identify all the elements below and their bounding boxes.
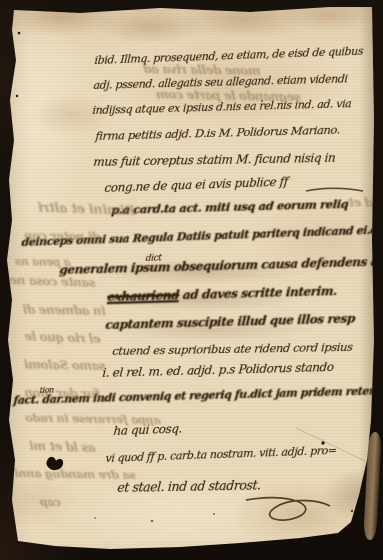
bleedthrough-line: appa ferrarese in rado xyxy=(25,411,161,427)
bleedthrough-line: el rio quo le xyxy=(24,329,101,346)
handwriting-line: et stael. ind ad stadrost. xyxy=(117,477,262,495)
bleedthrough-line: fur dar mon xyxy=(24,386,101,401)
writing-layer: ibid. Illmq. prosequend, ea etiam, de ei… xyxy=(0,0,383,560)
bleedthrough-line: mone della riva ad xyxy=(143,62,261,78)
handwriting-line: vi quod ff p. carb.ta nostram. viti. adj… xyxy=(105,444,337,465)
handwriting-line: firma petitis adjd. D.is M. Polidorus Ma… xyxy=(95,123,341,143)
bleedthrough-line: a pena ns xyxy=(15,255,71,269)
handwriting-line: p.a card.ta act. miti usq ad eorum reliq xyxy=(111,197,349,217)
bleedthrough-line: in admene di xyxy=(22,303,106,318)
bleedthrough-line: cap xyxy=(40,496,61,509)
manuscript-photo: ibid. Illmq. prosequend, ea etiam, de ei… xyxy=(0,0,383,560)
bleedthrough-line: as ld et mi xyxy=(29,439,96,455)
bleedthrough-line: Rimini et altri xyxy=(38,201,136,219)
handwriting-line: mus fuit coreptus statim M. ficund nisiq… xyxy=(93,151,336,169)
manuscript-page: ibid. Illmq. prosequend, ea etiam, de ei… xyxy=(0,0,383,560)
handwriting-line: ctuend es suprioribus ate ridend cord ip… xyxy=(112,340,353,358)
bleedthrough-line: di poter con xyxy=(24,229,102,244)
handwriting-line: i. el rel. m. ed. adjd. p.s Polidorus st… xyxy=(102,360,334,380)
handwriting-line: generalem ipsum obsequiorum causa defend… xyxy=(59,254,383,277)
handwriting-line: captantem suscipite illud que illos resp xyxy=(105,311,356,332)
struck-word: exhauriend xyxy=(107,288,180,304)
bleedthrough-line: sa dre mandug anni xyxy=(14,466,136,482)
bleedthrough-line: samo Salomi xyxy=(24,358,106,373)
handwriting-line: cong.ne de qua ei avis publice ff xyxy=(104,175,288,195)
bleedthrough-line: sante cosa ne xyxy=(9,273,96,290)
handwriting-line: dict xyxy=(145,253,161,264)
handwriting-line: exhauriend ad daves scritte interim. xyxy=(107,284,338,304)
bleedthrough-line: segnando le parte com xyxy=(156,87,302,104)
